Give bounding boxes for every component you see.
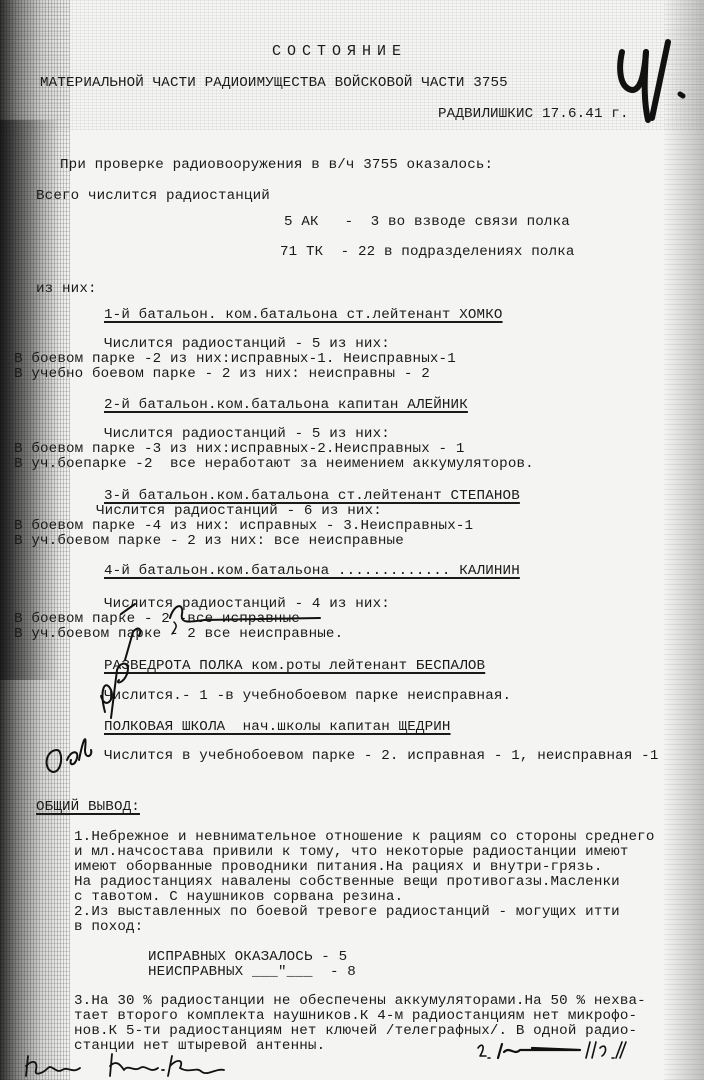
unit-2-line: В уч.боепарке -2 все неработают за неиме… bbox=[14, 456, 534, 472]
conclusion-1-line: имеют оборванные проводники питания.На р… bbox=[74, 859, 603, 875]
result-line: ИСПРАВНЫХ ОКАЗАЛОСЬ - 5 bbox=[148, 949, 347, 965]
total-tk: 71 ТК - 22 в подразделениях полка bbox=[280, 244, 575, 260]
unit-3-line: В боевом парке -4 из них: исправных - 3.… bbox=[14, 518, 473, 534]
handwritten-signature-right-icon bbox=[470, 1036, 670, 1066]
conclusion-1-line: с тавотом. С наушников сорвана резина. bbox=[74, 889, 403, 905]
school-heading: ПОЛКОВАЯ ШКОЛА нач.школы капитан ЩЕДРИН bbox=[104, 719, 451, 735]
unit-3-line: Числится радиостанций - 6 из них: bbox=[96, 503, 382, 519]
scan-dark-edge-shadow bbox=[0, 120, 60, 680]
total-ak: 5 АК - 3 во взводе связи полка bbox=[284, 214, 570, 230]
conclusion-3-line: нов.К 5-ти радиостанциям нет ключей /тел… bbox=[74, 1023, 637, 1039]
unit-3-heading: 3-й батальон.ком.батальона ст.лейтенант … bbox=[104, 488, 520, 504]
conclusion-3-line: 3.На 30 % радиостанции не обеспечены акк… bbox=[74, 993, 646, 1009]
document-subtitle: МАТЕРИАЛЬНОЙ ЧАСТИ РАДИОИМУЩЕСТВА ВОЙСКО… bbox=[40, 75, 508, 91]
unit-2-heading: 2-й батальон.ком.батальона капитан АЛЕЙН… bbox=[104, 397, 468, 413]
unit-4-heading: 4-й батальон.ком.батальона .............… bbox=[104, 563, 520, 579]
conclusion-3-line: станции нет штыревой антенны. bbox=[74, 1038, 325, 1054]
result-line: НЕИСПРАВНЫХ ___"___ - 8 bbox=[148, 964, 356, 980]
of-them-label: из них: bbox=[36, 281, 97, 297]
unit-4-line: В уч.боевом парке - 2 все неисправные. bbox=[14, 626, 343, 642]
conclusion-2-line: 2.Из выставленных по боевой тревоге ради… bbox=[74, 904, 620, 920]
conclusion-2-line: в поход: bbox=[74, 919, 143, 935]
recon-heading: РАЗВЕДРОТА ПОЛКА ком.роты лейтенант БЕСП… bbox=[104, 658, 485, 674]
unit-4-line: В боевом парке - 2 -все исправные bbox=[14, 611, 300, 627]
unit-1-line: В боевом парке -2 из них:исправных-1. Не… bbox=[14, 351, 456, 367]
unit-1-line: В учебно боевом парке - 2 из них: неиспр… bbox=[14, 366, 430, 382]
unit-1-line: Числится радиостанций - 5 из них: bbox=[104, 336, 390, 352]
unit-1-heading: 1-й батальон. ком.батальона ст.лейтенант… bbox=[104, 307, 503, 323]
total-label: Всего числится радиостанций bbox=[36, 188, 270, 204]
conclusion-3-line: тает второго комплекта наушников.К 4-м р… bbox=[74, 1008, 637, 1024]
conclusion-heading: ОБЩИЙ ВЫВОД: bbox=[36, 799, 140, 815]
conclusion-1-line: На радиостанциях навалены собственные ве… bbox=[74, 874, 620, 890]
unit-4-line: Числится радиостанций - 4 из них: bbox=[104, 596, 390, 612]
place-date: РАДВИЛИШКИС 17.6.41 г. bbox=[438, 106, 629, 122]
scan-right-edge bbox=[664, 0, 704, 1080]
unit-3-line: В уч.боевом парке - 2 из них: все неиспр… bbox=[14, 533, 404, 549]
school-line: Числится в учебнобоевом парке - 2. испра… bbox=[104, 748, 659, 764]
unit-2-line: В боевом парке -3 из них:исправных-2.Неи… bbox=[14, 441, 465, 457]
document-title: СОСТОЯНИЕ bbox=[272, 44, 407, 60]
unit-2-line: Числится радиостанций - 5 из них: bbox=[104, 426, 390, 442]
conclusion-1-line: 1.Небрежное и невнимательное отношение к… bbox=[74, 829, 654, 845]
conclusion-1-line: и мл.начсостава привили к тому, что неко… bbox=[74, 844, 629, 860]
handwritten-signature-left-icon bbox=[20, 1050, 290, 1080]
intro-text: При проверке радиовооружения в в/ч 3755 … bbox=[60, 157, 493, 173]
recon-line: Числится.- 1 -в учебнобоевом парке неисп… bbox=[104, 688, 511, 704]
